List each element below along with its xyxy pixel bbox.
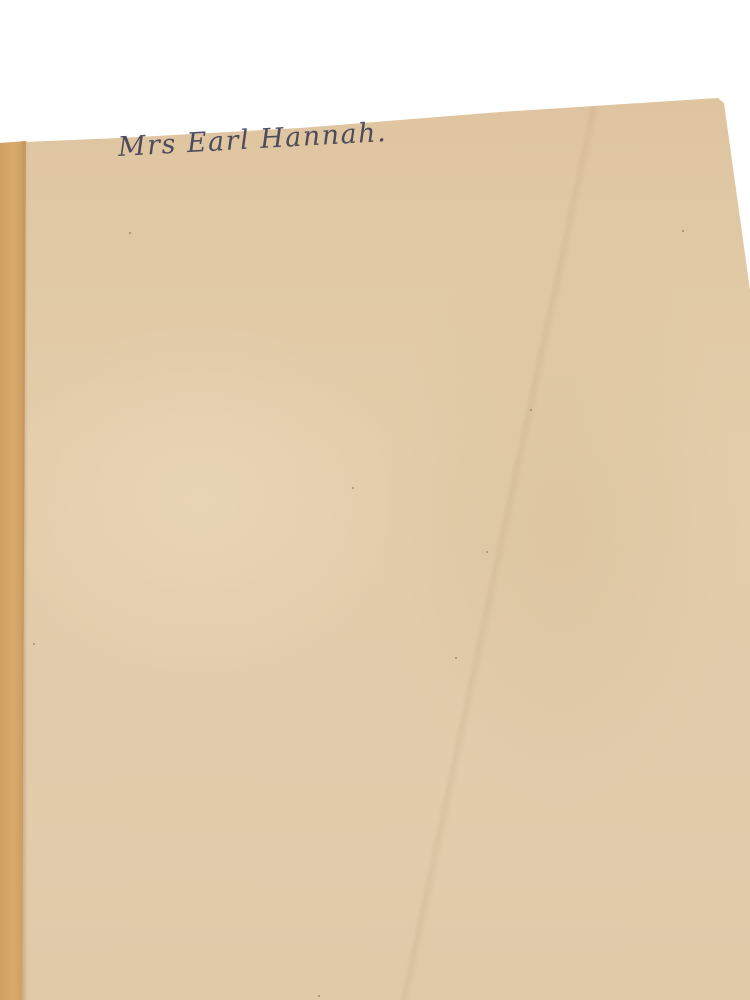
foxing-spot <box>530 409 532 411</box>
binding-gutter-shadow <box>22 141 28 1000</box>
foxing-spot <box>129 232 131 234</box>
photo-scene: Mrs Earl Hannah. <box>0 0 750 1000</box>
foxing-spot <box>455 657 457 659</box>
foxing-spot <box>352 487 354 489</box>
foxing-spot <box>318 995 320 997</box>
foxing-spot <box>682 230 684 232</box>
foxing-spot <box>33 643 35 645</box>
book-endpaper <box>0 0 750 1000</box>
foxing-spot <box>486 551 488 553</box>
